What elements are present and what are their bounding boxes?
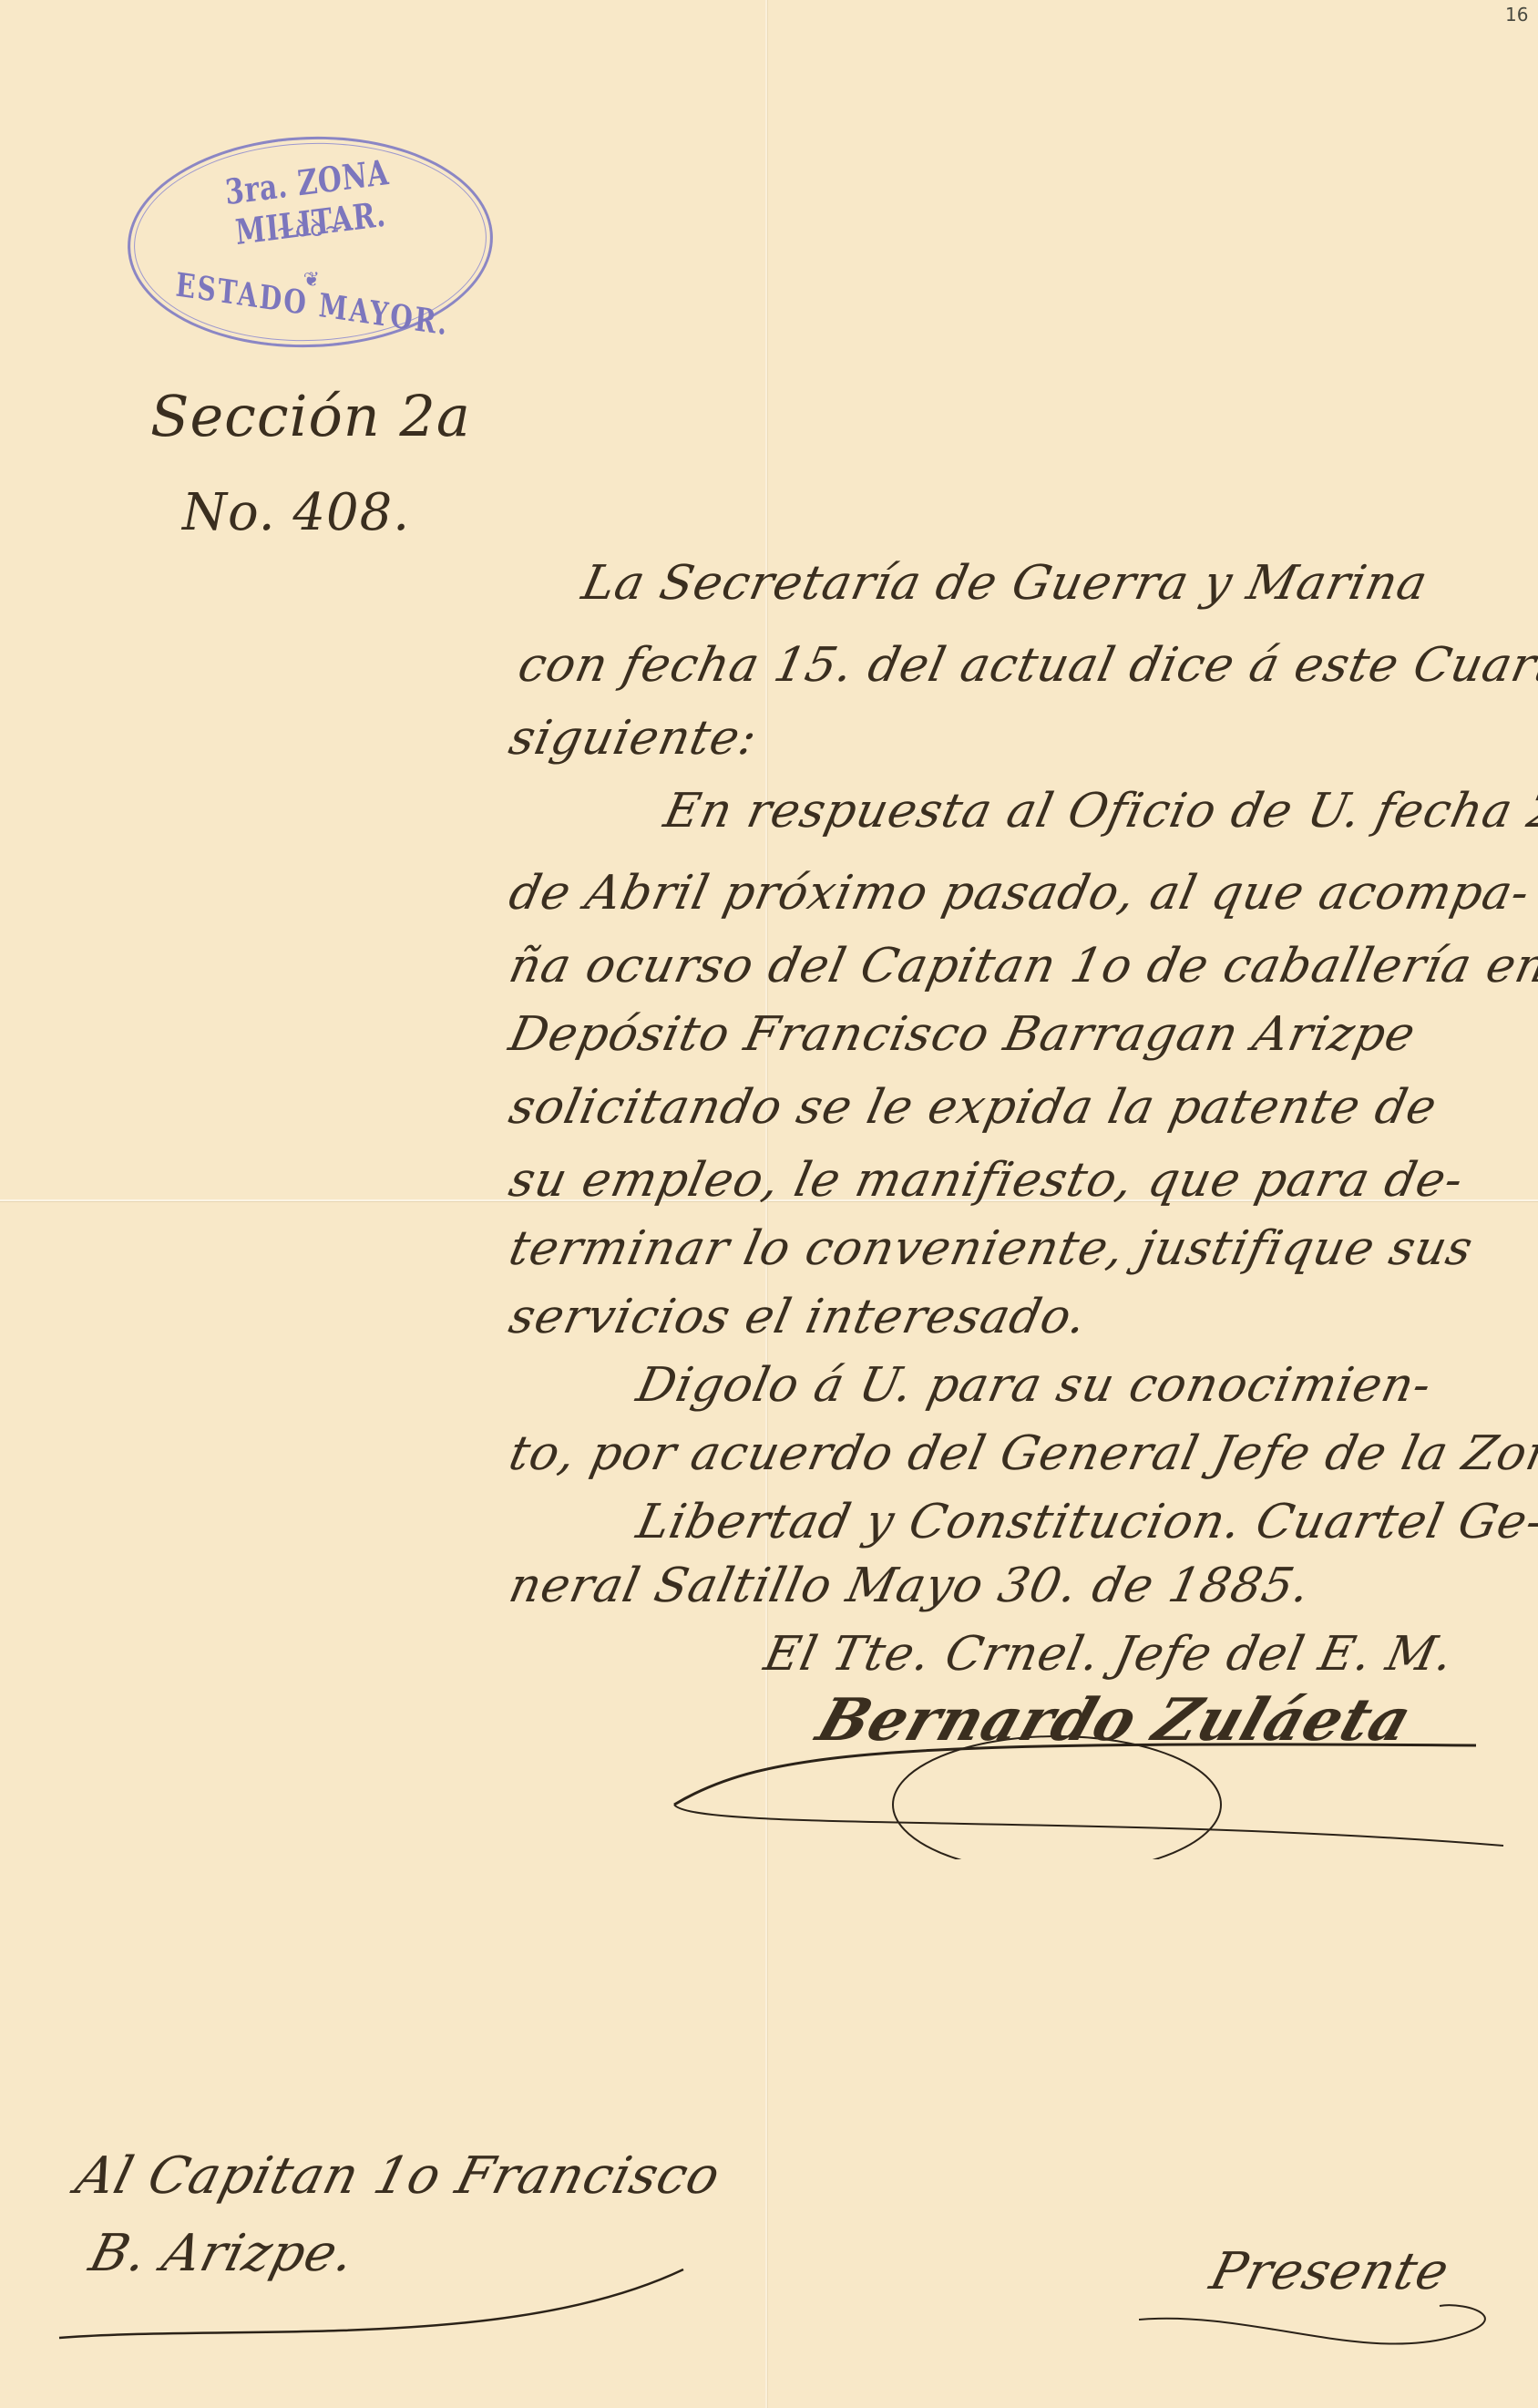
closing-flourish-icon: [1139, 2297, 1522, 2370]
body-line: Depósito Francisco Barragan Arizpe: [505, 1007, 1420, 1062]
address-flourish-icon: [55, 2251, 692, 2351]
body-line: neral Saltillo Mayo 30. de 1885.: [505, 1559, 1316, 1613]
document-number: No. 408.: [182, 483, 410, 542]
closing-presente: Presente: [1205, 2242, 1455, 2301]
body-line: ña ocurso del Capitan 1o de caballería e…: [505, 939, 1538, 993]
signature: Bernardo Zuláeta: [809, 1686, 1420, 1755]
body-line: La Secretaría de Guerra y Marina: [578, 556, 1433, 611]
body-line: Libertad y Constitucion. Cuartel Ge-: [632, 1495, 1538, 1549]
body-line: su empleo, le manifiesto, que para de-: [505, 1153, 1469, 1208]
addressee-line-1: Al Capitan 1o Francisco: [70, 2146, 726, 2206]
body-line: siguiente:: [505, 711, 763, 766]
body-line: servicios el interesado.: [505, 1290, 1092, 1344]
section-heading: Sección 2a: [150, 383, 471, 449]
body-line: con fecha 15. del actual dice á este Cua…: [514, 638, 1538, 693]
body-line: solicitando se le expida la patente de: [505, 1080, 1442, 1135]
body-line: En respuesta al Oficio de U. fecha 29.: [660, 784, 1538, 839]
signatory-title: El Tte. Crnel. Jefe del E. M.: [760, 1627, 1459, 1682]
body-line: terminar lo conveniente, justifique sus: [505, 1221, 1478, 1276]
body-line: to, por acuerdo del General Jefe de la Z…: [505, 1426, 1538, 1481]
page-number: 16: [1505, 4, 1528, 26]
body-line: de Abril próximo pasado, al que acompa-: [505, 866, 1535, 921]
body-line: Digolo á U. para su conocimien-: [632, 1358, 1437, 1413]
